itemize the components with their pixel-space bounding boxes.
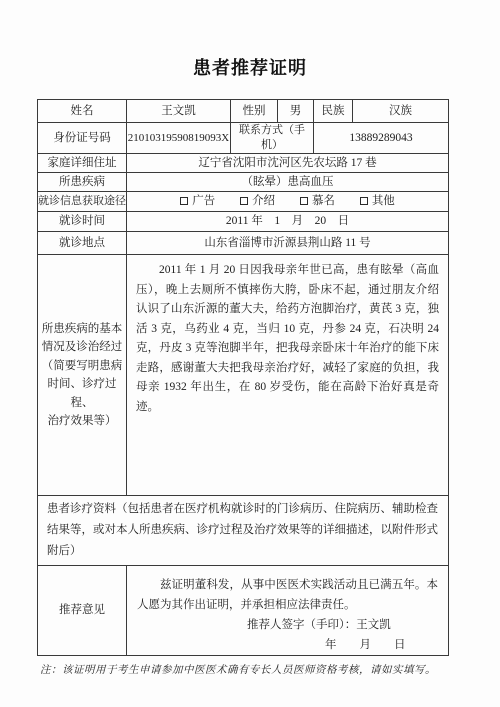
checkbox-icon (300, 197, 308, 205)
checkbox-icon (180, 197, 188, 205)
condition-paragraph: 2011 年 1 月 20 日因我母亲年世已高，患有眩晕（高血压），晚上去厕所不… (136, 261, 439, 417)
checkbox-label: 广告 (192, 195, 215, 207)
certificate-table: 姓名 王文凯 性别 男 民族 汉族 身份证号码 2101031959081909… (37, 99, 449, 656)
checkbox-label: 介绍 (252, 195, 275, 207)
checkbox-option-reputation: 慕名 (300, 194, 335, 209)
recommendation-body-cell: 兹证明董科发，从事中医医术实践活动且已满五年。本人愿为其作出证明，并承担相应法律… (127, 566, 449, 656)
recommendation-statement: 兹证明董科发，从事中医医术实践活动且已满五年。本人愿为其作出证明，并承担相应法律… (137, 575, 438, 615)
visit-place-label: 就诊地点 (38, 232, 127, 255)
records-row: 患者诊疗资料（包括患者在医疗机构就诊时的门诊病历、住院病历、辅助检查结果等，或对… (38, 496, 449, 566)
contact-value: 13889289043 (314, 123, 449, 154)
gender-value: 男 (278, 100, 314, 123)
condition-row: 所患疾病的基本 情况及诊治经过 （简要写明患病 时间、诊疗过程、 治疗效果等） … (38, 255, 449, 496)
gender-label: 性别 (231, 100, 278, 123)
info-source-label: 就诊信息获取途径 (38, 192, 127, 212)
visit-time-label: 就诊时间 (38, 212, 127, 232)
checkbox-icon (360, 197, 368, 205)
id-row: 身份证号码 21010319590819093X 联系方式（手机） 138892… (38, 123, 449, 154)
visit-time-value: 2011 年 1 月 20 日 (127, 212, 449, 232)
disease-row: 所患疾病 （眩晕）患高血压 (38, 173, 449, 192)
ethnic-label: 民族 (314, 100, 353, 123)
checkbox-icon (240, 197, 248, 205)
checkbox-option-referral: 介绍 (240, 194, 275, 209)
condition-label: 所患疾病的基本 情况及诊治经过 （简要写明患病 时间、诊疗过程、 治疗效果等） (38, 255, 127, 496)
address-row: 家庭详细住址 辽宁省沈阳市沈河区先农坛路 17 巷 (38, 154, 449, 173)
name-value: 王文凯 (127, 100, 231, 123)
checkbox-label: 其他 (372, 195, 395, 207)
address-label: 家庭详细住址 (38, 154, 127, 173)
address-value: 辽宁省沈阳市沈河区先农坛路 17 巷 (127, 154, 449, 173)
page-title: 患者推荐证明 (0, 0, 500, 80)
contact-label: 联系方式（手机） (231, 123, 314, 154)
visit-place-value: 山东省淄博市沂源县荆山路 11 号 (127, 232, 449, 255)
disease-label: 所患疾病 (38, 173, 127, 192)
visit-time-row: 就诊时间 2011 年 1 月 20 日 (38, 212, 449, 232)
visit-place-row: 就诊地点 山东省淄博市沂源县荆山路 11 号 (38, 232, 449, 255)
recommendation-label: 推荐意见 (38, 566, 127, 656)
condition-body-cell: 2011 年 1 月 20 日因我母亲年世已高，患有眩晕（高血压），晚上去厕所不… (127, 255, 449, 496)
footer-note: 注：该证明用于考生申请参加中医医术确有专长人员医师资格考核，请如实填写。 (40, 664, 460, 678)
name-label: 姓名 (38, 100, 127, 123)
disease-value: （眩晕）患高血压 (127, 173, 449, 192)
info-source-options: 广告 介绍 慕名 其他 (127, 192, 449, 212)
recommender-signature: 推荐人签字（手印）：王文凯 (137, 615, 438, 635)
identity-row: 姓名 王文凯 性别 男 民族 汉族 (38, 100, 449, 123)
id-label: 身份证号码 (38, 123, 127, 154)
info-source-row: 就诊信息获取途径 广告 介绍 慕名 其他 (38, 192, 449, 212)
checkbox-label: 慕名 (312, 195, 335, 207)
id-value: 21010319590819093X (127, 123, 231, 154)
ethnic-value: 汉族 (353, 100, 449, 123)
recommendation-row: 推荐意见 兹证明董科发，从事中医医术实践活动且已满五年。本人愿为其作出证明，并承… (38, 566, 449, 656)
scanned-document-page: { "page": { "title": "患者推荐证明", "note": "… (0, 0, 500, 707)
checkbox-option-ad: 广告 (180, 194, 215, 209)
records-text: 患者诊疗资料（包括患者在医疗机构就诊时的门诊病历、住院病历、辅助检查结果等，或对… (38, 496, 449, 566)
checkbox-option-other: 其他 (360, 194, 395, 209)
recommendation-date-line: 年 月 日 (137, 635, 438, 655)
